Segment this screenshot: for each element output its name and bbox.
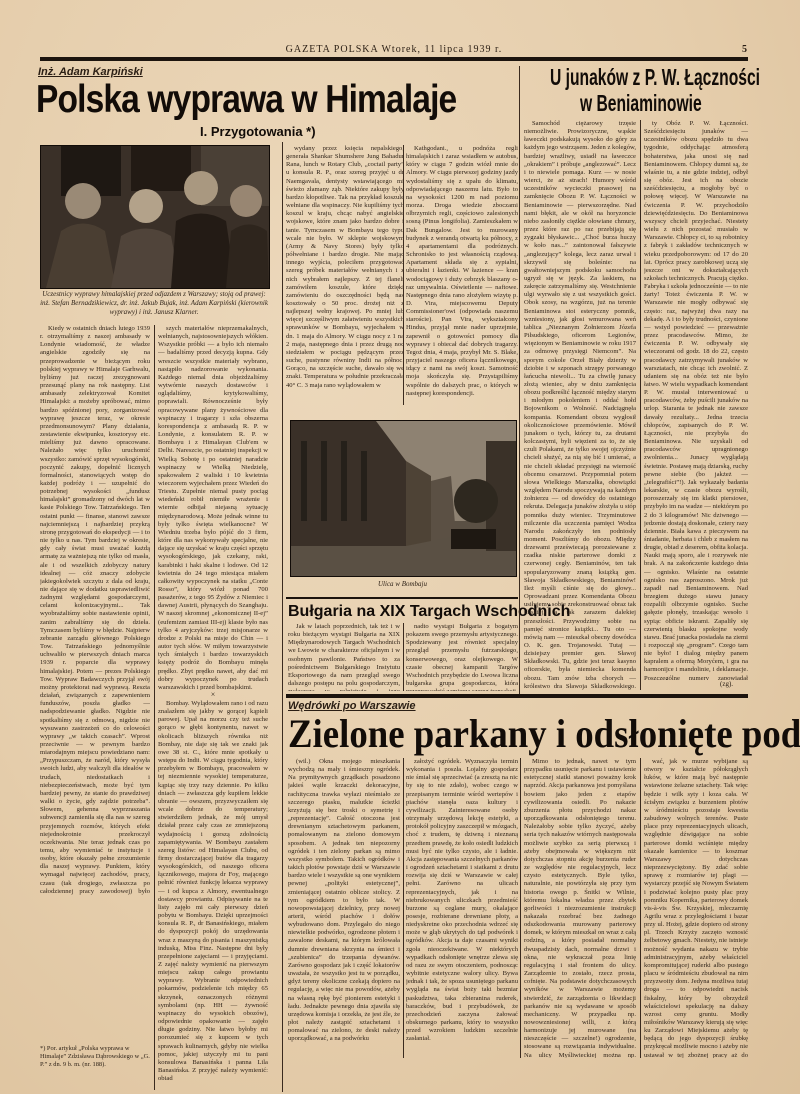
himalaje-column-1-text: Kiedy w ostatnich dniach lutego 1939 r. … [40, 325, 150, 895]
himalaje-byline: Inż. Adam Karpiński [38, 66, 143, 78]
expedition-members-photo [40, 145, 270, 289]
newspaper-page: GAZETA POLSKA Wtorek, 11 lipca 1939 r. 5… [0, 0, 800, 1094]
zielone-column-4: wać, jak w murze wybijane są otwory w ks… [644, 758, 748, 1058]
himalaje-column-3-text: wydany przez księcia nepalskiego, genera… [286, 145, 404, 390]
page-number: 5 [742, 44, 748, 55]
zielone-column-2: założyć ogródek. Wyznaczyła termin wykon… [406, 758, 518, 1058]
masthead: GAZETA POLSKA Wtorek, 11 lipca 1939 r. 5 [40, 44, 748, 55]
zielone-rule [286, 694, 748, 698]
zielone-column-1: (wil.) Okna mojego mieszkania wychodzą n… [288, 758, 400, 1058]
bulgaria-rule [286, 597, 518, 599]
junacy-column-1: Samochód ciężarowy trzęsie niemożliwie. … [524, 120, 636, 690]
himalaje-column-4: Kathgodani., u podnóża regli himalajskic… [406, 145, 518, 405]
photo-image [291, 421, 516, 576]
junacy-column-2: ty Obóz P. W. Łączności. Sześćdziesięciu… [644, 120, 748, 680]
column-divider [640, 120, 641, 690]
column-divider [520, 758, 521, 1058]
himalaje-footnote: *) Por. artykuł „Polska wyprawa w Himala… [40, 1045, 150, 1069]
bombay-street-photo [290, 420, 517, 577]
bulgaria-column-1: Jak w latach poprzednich, tak też i w ro… [288, 623, 400, 691]
zielone-column-2-text: założyć ogródek. Wyznaczyła termin wykon… [406, 758, 518, 1043]
column-divider [403, 758, 404, 1058]
himalaje-photo-caption: Uczestnicy wyprawy himalajskiej przed od… [40, 290, 268, 317]
himalaje-subheadline: I. Przygotowania *) [200, 124, 316, 139]
zielone-headline: Zielone parkany i odsłonięte podwórka [288, 710, 800, 757]
photo-image [41, 146, 269, 288]
column-divider [154, 325, 155, 1090]
zielone-column-3-text: Mimo to jednak, nawet w tym przypadku us… [524, 758, 636, 1058]
bombay-photo-caption: Ulica w Bombaju [290, 580, 515, 589]
junacy-headline-line1: U junaków z P. W. Łączności [536, 64, 774, 90]
himalaje-column-3: wydany przez księcia nepalskiego, genera… [286, 145, 404, 405]
masthead-rule [40, 57, 748, 61]
junacy-column-1-text: Samochód ciężarowy trzęsie niemożliwie. … [524, 120, 636, 690]
bulgaria-column-1-text: Jak w latach poprzednich, tak też i w ro… [288, 623, 400, 691]
issue-date: Wtorek, 11 lipca 1939 r. [381, 44, 502, 55]
zielone-column-1-text: (wil.) Okna mojego mieszkania wychodzą n… [288, 758, 400, 1043]
junacy-signature: (zg). [720, 680, 733, 688]
himalaje-column-2b: Bombay. Wylądowałem rano i od razu znala… [158, 700, 268, 1090]
junacy-headline-line2: w Beniaminowie [580, 90, 702, 116]
zielone-column-3: Mimo to jednak, nawet w tym przypadku us… [524, 758, 636, 1058]
himalaje-headline: Polska wyprawa w Himalaje [36, 78, 456, 122]
himalaje-column-2-text: szych materiałów nieprzemakalnych, wełni… [158, 325, 268, 690]
himalaje-column-2b-text: Bombay. Wylądowałem rano i od razu znala… [158, 700, 268, 1083]
column-divider [640, 758, 641, 1058]
bulgaria-column-2-text: nadto wystąpi Bułgaria z bogatym pokazem… [406, 623, 518, 691]
himalaje-column-4-text: Kathgodani., u podnóża regli himalajskic… [406, 145, 518, 398]
newspaper-title: GAZETA POLSKA [286, 44, 378, 55]
section-break-mark: × [158, 690, 268, 699]
column-divider [519, 66, 520, 696]
column-divider [403, 623, 404, 691]
column-divider [403, 145, 404, 405]
himalaje-column-1: Kiedy w ostatnich dniach lutego 1939 r. … [40, 325, 150, 895]
zielone-column-4-text: wać, jak w murze wybijane są otwory w ks… [644, 758, 748, 1058]
himalaje-column-2: szych materiałów nieprzemakalnych, wełni… [158, 325, 268, 690]
junacy-column-2-text: ty Obóz P. W. Łączności. Sześćdziesięciu… [644, 120, 748, 680]
bulgaria-column-2: nadto wystąpi Bułgaria z bogatym pokazem… [406, 623, 518, 691]
column-divider [282, 142, 283, 1092]
